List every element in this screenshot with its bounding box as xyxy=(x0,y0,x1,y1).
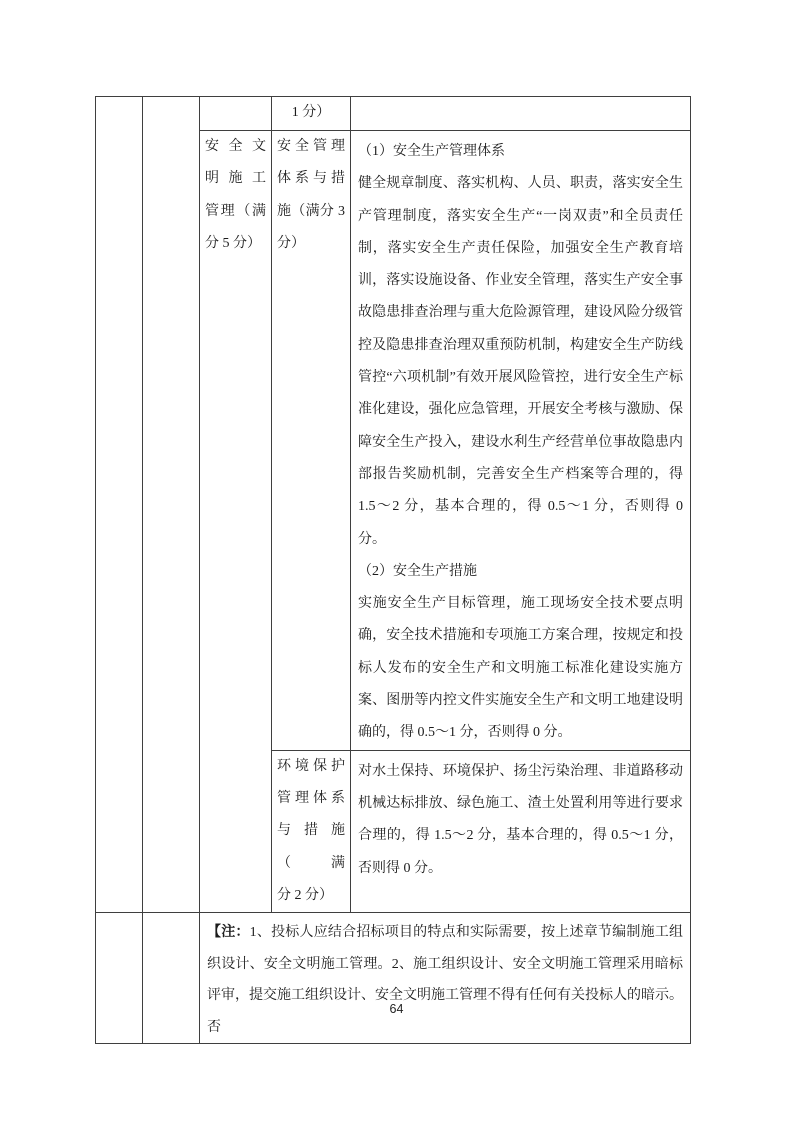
carryover-row: 1 分） xyxy=(96,97,691,131)
environment-content-text: 对水土保持、环境保护、扬尘污染治理、非道路移动机械达标排放、绿色施工、渣土处置利… xyxy=(351,751,690,885)
note-cell: 【注：1、投标人应结合招标项目的特点和实际需要，按上述章节编制施工组织设计、安全… xyxy=(200,913,691,1044)
environment-item-cell: 环境保护管理体系与措施（满分 2 分） xyxy=(272,750,351,912)
left-gutter-cell-2-bottom xyxy=(143,913,200,1044)
note-prefix: 【注： xyxy=(207,925,250,940)
carryover-score-cell: 1 分） xyxy=(272,97,351,131)
criteria-group-cell: 安全文明施工管理（满分 5 分） xyxy=(200,131,272,913)
evaluation-table: 1 分） 安全文明施工管理（满分 5 分） 安全管理体系与措施（满分 3分） （… xyxy=(95,96,691,1044)
note-body: 1、投标人应结合招标项目的特点和实际需要，按上述章节编制施工组织设计、安全文明施… xyxy=(207,925,683,1035)
left-gutter-cell-1 xyxy=(96,97,143,913)
left-gutter-cell-2 xyxy=(143,97,200,913)
note-paragraph: 【注：1、投标人应结合招标项目的特点和实际需要，按上述章节编制施工组织设计、安全… xyxy=(200,913,690,1043)
safety-item-cell: 安全管理体系与措施（满分 3分） xyxy=(272,131,351,751)
criteria-group-label: 安全文明施工管理（满分 5 分） xyxy=(200,131,271,260)
safety-item-label: 安全管理体系与措施（满分 3分） xyxy=(272,131,350,260)
note-row: 【注：1、投标人应结合招标项目的特点和实际需要，按上述章节编制施工组织设计、安全… xyxy=(96,913,691,1044)
document-page: 1 分） 安全文明施工管理（满分 5 分） 安全管理体系与措施（满分 3分） （… xyxy=(0,0,793,1122)
carryover-empty-cell xyxy=(200,97,272,131)
left-gutter-cell-1-bottom xyxy=(96,913,143,1044)
environment-item-label: 环境保护管理体系与措施（满分 2 分） xyxy=(272,751,350,912)
environment-content-cell: 对水土保持、环境保护、扬尘污染治理、非道路移动机械达标排放、绿色施工、渣土处置利… xyxy=(351,750,691,912)
carryover-content-cell xyxy=(351,97,691,131)
page-number: 64 xyxy=(0,1002,793,1016)
safety-content-cell: （1）安全生产管理体系健全规章制度、落实机构、人员、职责，落实安全生产管理制度，… xyxy=(351,131,691,751)
safety-content-text: （1）安全生产管理体系健全规章制度、落实机构、人员、职责，落实安全生产管理制度，… xyxy=(351,131,690,750)
